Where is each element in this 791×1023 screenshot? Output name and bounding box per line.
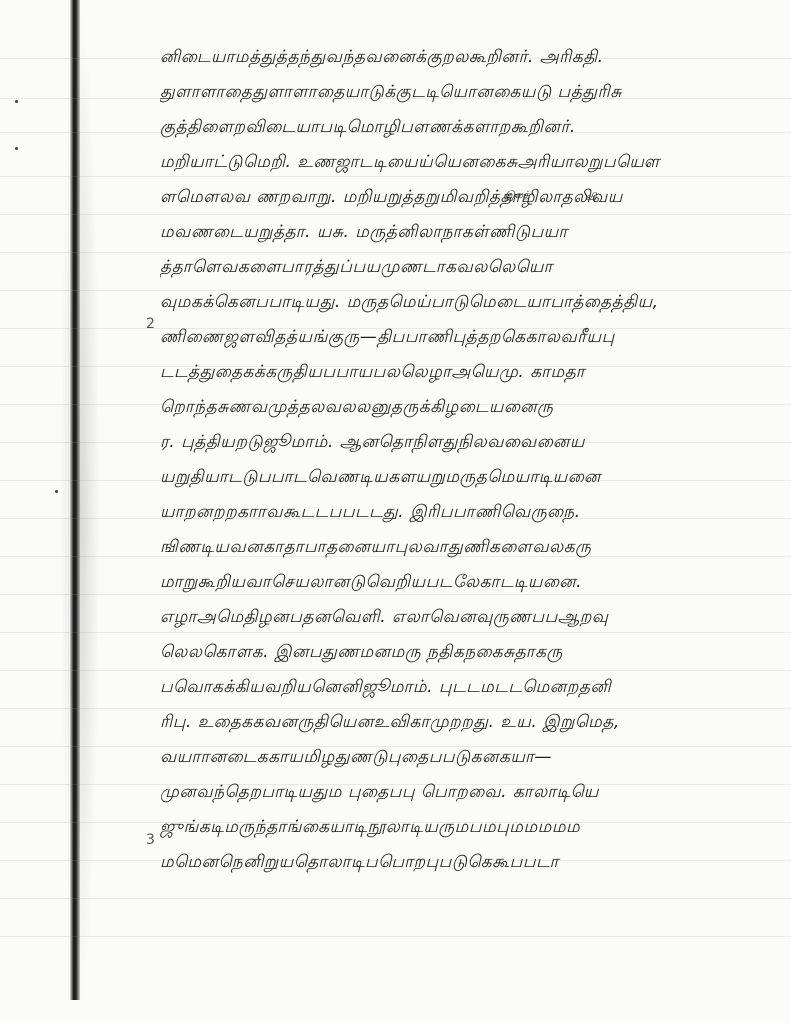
- text-line: ர. புத்தியறடுஜூமாம். ஆனதொநிளதுநிலவவைனைய: [160, 425, 780, 460]
- text-line: வயாானடைககாயமிழதுணடுபுதைபபடுகனகயா—: [160, 740, 780, 775]
- text-line: வுமகக்கெனபபாடியது. மருதமெய்பாடுமெடையாபாத…: [160, 285, 780, 320]
- text-line: டடத்துதைகக்கருதியபபாயபலலெழாஅயெமு. காமதா: [160, 355, 780, 390]
- manuscript-text: னிடையாமத்துத்தந்துவந்தவனைக்குறலகூறினர். …: [160, 40, 780, 880]
- text-line: த்தாளெவகளைபாரத்துப்பயமுணடாகவலலெயொ: [160, 250, 780, 285]
- text-line: லெலகொளக. இனபதுணமனமரு நதிகநகைசுதாகரு: [160, 635, 780, 670]
- text-line: யறுதியாடடுபபாடவெணடியகளயறுமருதமெயாடியனை: [160, 460, 780, 495]
- text-line: மாறுகூறியவாசெயலானடுவெறியபடலேகாடடியனை.: [160, 565, 780, 600]
- text-line: றொந்தசுணவமுத்தலவலலனுதருக்கிழடையனைரு: [160, 390, 780, 425]
- text-line: முனவந்தெறபாடியதும புதைபபு பொறவை. காலாடிய…: [160, 775, 780, 810]
- text-line: மறியாட்டுமெறி. உணஜாடடியைய்யெனகைசுஅரியாலற…: [160, 145, 780, 180]
- text-line: யாறனறறகாாவகூடடபபடடது. இரிபபாணிவெருநை.: [160, 495, 780, 530]
- scan-speck: [15, 147, 18, 150]
- text-line: னிடையாமத்துத்தந்துவந்தவனைக்குறலகூறினர். …: [160, 40, 780, 75]
- ruled-line: [0, 898, 791, 899]
- scan-speck: [15, 100, 18, 103]
- text-line: ரிபு. உதைககவனருதியெனஉவிகாமுறறது. உய. இறு…: [160, 705, 780, 740]
- ruled-line: [0, 936, 791, 937]
- text-line: மவணடையறுத்தா. யசு. மருத்னிலாநாகள்ணிடுபயா: [160, 215, 780, 250]
- text-line: ஙிணடியவனகாதாபாதனையாபுலவாதுணிகளைவலகரு: [160, 530, 780, 565]
- text-line: மமெனநெனிறுயதொலாடிபபொறபுபடுகெகூபபடா: [160, 845, 780, 880]
- text-line: குத்திளைறவிடையாபடிமொழிபளணக்களாறகூறினர்.: [160, 110, 780, 145]
- margin-number: 2: [146, 316, 155, 332]
- text-line: ளமெளலவ ணறவாறு. மறியறுத்தறுமிவறித்தாழிலாத…: [160, 180, 780, 215]
- text-line: ணிணைஜளவிதத்யங்குரு—திபபாணிபுத்தறகெகாலவரீ…: [160, 320, 780, 355]
- text-line: எழாஅமெதிழனபதனவெளி. எலாவெனவுருணபபஆறவு: [160, 600, 780, 635]
- text-line: பவொகக்கியவறியனெனிஜூமாம். புடடமடடமெனறதனி: [160, 670, 780, 705]
- scan-speck: [55, 490, 58, 493]
- text-line: ஜுங்கடிமருந்தாங்கையாடிநூலாடியருமபமபுமமமம…: [160, 810, 780, 845]
- text-line: துளாளாதைதுளாளாதையாடுக்குடடியொனகையடு பத்த…: [160, 75, 780, 110]
- margin-number: 3: [146, 832, 155, 848]
- manuscript-page: 2 3 இலத் வி னிடையாமத்துத்தந்துவந்தவனைக்க…: [0, 0, 791, 1023]
- page-binding-edge: [70, 0, 80, 1000]
- binding-shadow: [60, 0, 100, 1010]
